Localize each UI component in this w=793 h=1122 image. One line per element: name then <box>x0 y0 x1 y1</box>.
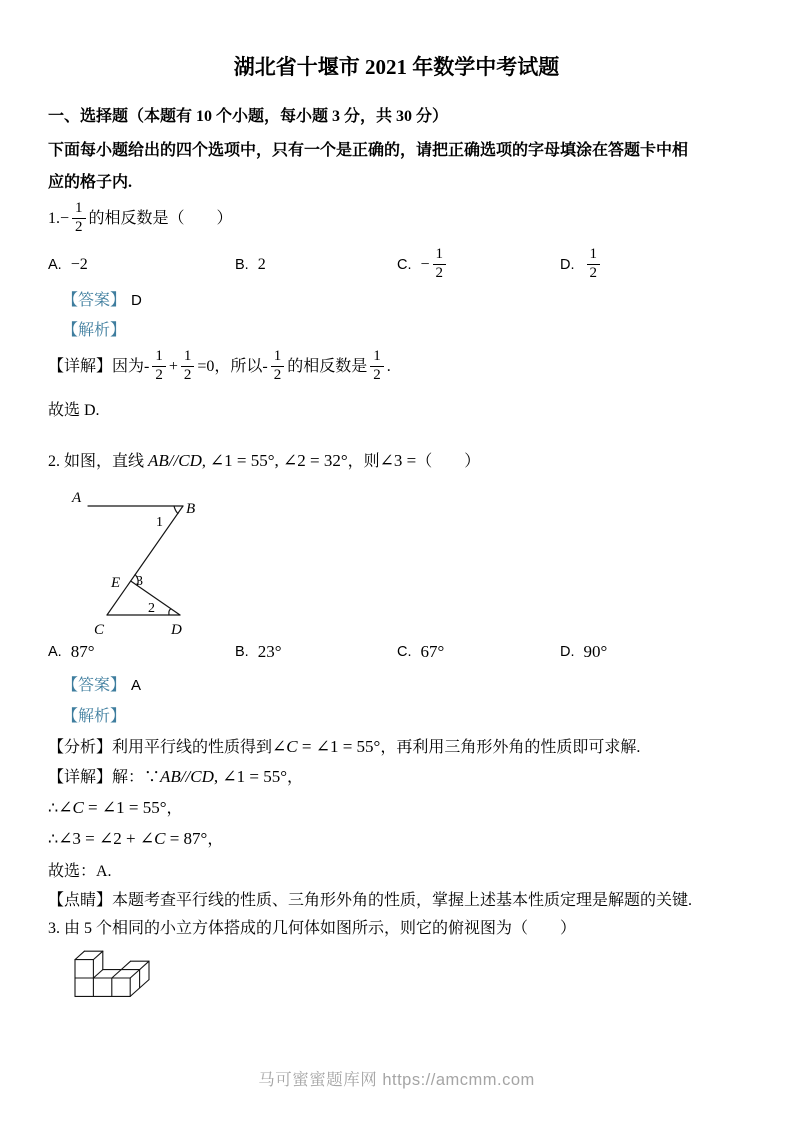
q1-option-b: B.2 <box>235 242 266 288</box>
math-equation: ∠3 = ∠2 + ∠ <box>58 829 154 848</box>
angle1-arc <box>174 506 178 514</box>
option-fraction: 12 <box>433 247 447 282</box>
detail-text: 的相反数是 <box>287 356 367 378</box>
q2-detail-line-3: ∴∠3 = ∠2 + ∠C = 87°， <box>48 828 223 851</box>
q1-jiexi-line: 【解析】 <box>62 320 126 342</box>
vertex-label-c: C <box>94 622 105 638</box>
q1-option-c: C.−12 <box>397 242 449 288</box>
q1-number: 1. <box>48 208 60 230</box>
q2-detail-line-1: 【详解】解：∵AB//CD, ∠1 = 55°， <box>48 766 303 789</box>
option-label: B. <box>235 644 249 660</box>
q2-math-angle3: ∠3 = <box>380 451 417 470</box>
math-equation: , ∠1 = 55° <box>214 767 287 786</box>
detail-fraction: 12 <box>271 349 285 384</box>
answer-tag: 【答案】 <box>62 292 126 309</box>
q2-conclusion: 故选：A. <box>48 861 112 883</box>
q2-stem-text: （ ） <box>416 453 480 470</box>
vertex-label-d: D <box>170 622 182 638</box>
analysis-text: ，再利用三角形外角的性质即可求解. <box>380 739 640 756</box>
section-heading: 一、选择题（本题有 10 个小题，每小题 3 分，共 30 分） <box>48 106 448 128</box>
vertex-label-e: E <box>110 575 120 591</box>
option-label: A. <box>48 257 62 273</box>
detail-text: =0，所以- <box>197 356 267 378</box>
math-letter-c: C <box>286 737 297 756</box>
q1-minus-sign: − <box>60 208 69 230</box>
vertex-label-b: B <box>186 501 195 517</box>
therefore-symbol: ∴ <box>48 800 58 817</box>
q2-note: 【点睛】本题考查平行线的性质、三角形外角的性质，掌握上述基本性质定理是解题的关键… <box>48 890 692 912</box>
answer-tag: 【答案】 <box>62 677 126 694</box>
fraction-denominator: 2 <box>370 367 384 384</box>
math-equation: = ∠1 = 55° <box>298 737 381 756</box>
option-label: C. <box>397 644 412 660</box>
fraction-denominator: 2 <box>181 367 195 384</box>
q2-math-ab-cd: AB//CD <box>148 451 202 470</box>
page-title: 湖北省十堰市 2021 年数学中考试题 <box>0 56 793 78</box>
q1-fraction: 12 <box>72 201 86 236</box>
fraction-denominator: 2 <box>271 367 285 384</box>
detail-fraction: 12 <box>181 349 195 384</box>
angle3-label: 3 <box>136 574 143 589</box>
detail-text: . <box>387 356 391 378</box>
math-ab-cd: AB//CD <box>160 767 214 786</box>
q1-option-d: D.12 <box>560 242 603 288</box>
math-equation: = 87° <box>165 829 207 848</box>
fraction-numerator: 1 <box>587 247 601 265</box>
q1-option-a: A.−2 <box>48 242 88 288</box>
option-label: D. <box>560 644 575 660</box>
analysis-text: 【分析】利用平行线的性质得到 <box>48 739 272 756</box>
math-angle-symbol: ∠ <box>58 798 72 817</box>
q1-conclusion: 故选 D. <box>48 400 100 422</box>
q2-jiexi-line: 【解析】 <box>62 706 126 728</box>
option-minus: − <box>421 256 430 274</box>
q2-stem-text: ，则 <box>348 453 380 470</box>
figure-lines <box>88 506 183 615</box>
angle1-label: 1 <box>156 515 163 530</box>
answer-letter: A <box>131 677 141 694</box>
q2-option-a: A.87° <box>48 640 95 664</box>
option-value: 90° <box>584 642 608 662</box>
detail-fraction: 12 <box>370 349 384 384</box>
math-letter-c: C <box>72 798 83 817</box>
option-value: −2 <box>71 256 88 274</box>
detail-text: ， <box>207 831 223 848</box>
exam-document-page: 湖北省十堰市 2021 年数学中考试题 一、选择题（本题有 10 个小题，每小题… <box>0 0 793 1122</box>
math-equation: = ∠1 = 55° <box>84 798 167 817</box>
detail-text: 【详解】解：∵ <box>48 769 160 786</box>
fraction-denominator: 2 <box>433 265 447 282</box>
answer-letter: D <box>131 292 142 309</box>
jiexi-tag: 【解析】 <box>62 708 126 725</box>
q2-option-c: C.67° <box>397 640 444 664</box>
q2-option-b: B.23° <box>235 640 282 664</box>
math-letter-c: C <box>154 829 165 848</box>
fraction-numerator: 1 <box>433 247 447 265</box>
q2-options-row: A.87° B.23° C.67° D.90° <box>48 640 768 664</box>
fraction-numerator: 1 <box>152 349 166 367</box>
q2-geometry-figure: A B C D E 1 2 3 <box>50 482 290 640</box>
option-value: 87° <box>71 642 95 662</box>
fraction-numerator: 1 <box>181 349 195 367</box>
intro-line-2: 应的格子内. <box>48 172 132 194</box>
fraction-denominator: 2 <box>72 219 86 236</box>
q2-math-angles: ∠1 = 55°, ∠2 = 32° <box>210 451 348 470</box>
jiexi-tag: 【解析】 <box>62 322 126 339</box>
option-label: B. <box>235 257 249 273</box>
q3-cubes-figure <box>70 948 154 1002</box>
q3-stem: 3. 由 5 个相同的小立方体搭成的几何体如图所示，则它的俯视图为（ ） <box>48 918 576 940</box>
q1-stem-text: 的相反数是（ ） <box>89 208 233 230</box>
q2-detail-line-2: ∴∠C = ∠1 = 55°， <box>48 797 183 820</box>
fraction-numerator: 1 <box>271 349 285 367</box>
option-label: D. <box>560 257 575 273</box>
q2-answer-line: 【答案】A <box>62 675 141 697</box>
q2-analysis-line: 【分析】利用平行线的性质得到∠C = ∠1 = 55°，再利用三角形外角的性质即… <box>48 736 640 759</box>
angle2-label: 2 <box>148 601 155 616</box>
math-angle-symbol: ∠ <box>272 737 286 756</box>
angle2-arc <box>169 609 171 615</box>
q2-stem-text: , <box>202 453 210 470</box>
detail-operator: + <box>169 356 178 378</box>
option-value: 67° <box>421 642 445 662</box>
q1-detail-line: 【详解】因为-12+12=0，所以-12的相反数是12. <box>48 343 391 391</box>
q2-stem: 2. 如图，直线 AB//CD, ∠1 = 55°, ∠2 = 32°，则∠3 … <box>48 450 480 473</box>
therefore-symbol: ∴ <box>48 831 58 848</box>
detail-fraction: 12 <box>152 349 166 384</box>
q2-stem-text: 2. 如图，直线 <box>48 453 148 470</box>
fraction-denominator: 2 <box>587 265 601 282</box>
q1-options-row: A.−2 B.2 C.−12 D.12 <box>48 242 768 288</box>
q2-option-d: D.90° <box>560 640 607 664</box>
fraction-numerator: 1 <box>370 349 384 367</box>
detail-text: 【详解】因为- <box>48 356 149 378</box>
option-value: 2 <box>258 256 266 274</box>
cube-figure-lines <box>75 951 149 996</box>
vertex-label-a: A <box>71 490 82 506</box>
fraction-numerator: 1 <box>72 201 86 219</box>
intro-line-1: 下面每小题给出的四个选项中，只有一个是正确的，请把正确选项的字母填涂在答题卡中相 <box>48 140 688 162</box>
detail-text: ， <box>287 769 303 786</box>
option-label: C. <box>397 257 412 273</box>
footer-watermark: 马可蜜蜜题库网 https://amcmm.com <box>0 1066 793 1090</box>
option-value: 23° <box>258 642 282 662</box>
option-label: A. <box>48 644 62 660</box>
detail-text: ， <box>167 800 183 817</box>
fraction-denominator: 2 <box>152 367 166 384</box>
q1-stem: 1. −12的相反数是（ ） <box>48 196 233 242</box>
option-fraction: 12 <box>587 247 601 282</box>
q1-answer-line: 【答案】D <box>62 290 142 312</box>
